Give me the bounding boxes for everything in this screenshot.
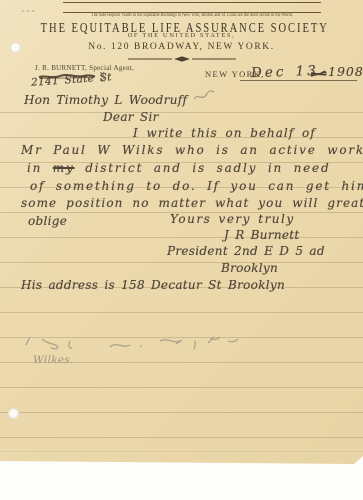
address-place: Brooklyn xyxy=(228,278,285,292)
address-note: His address is 158 Decatur St xyxy=(21,278,222,292)
decorative-flourish xyxy=(126,55,238,63)
signer-title: President 2nd E D 5 ad xyxy=(167,244,325,258)
recipient-line: Hon Timothy L Woodruff xyxy=(24,93,187,107)
body-line-4: of something to do. If you can get him xyxy=(30,179,363,193)
letterhead-subtitle: OF THE UNITED STATES, xyxy=(0,32,363,39)
body-line-5: some position no matter what you will gr… xyxy=(21,196,363,210)
punch-hole-bottom xyxy=(8,408,19,419)
body-line-1: I write this on behalf of xyxy=(133,126,316,140)
agent-name-line: J. R. BURNETT, Special Agent, xyxy=(35,64,134,72)
corner-print-mark: s. v. s. xyxy=(22,8,36,13)
pencil-note: Wilkes. xyxy=(33,354,74,366)
date-line xyxy=(240,69,357,81)
punch-hole-top xyxy=(10,42,21,53)
closing-line: Yours very truly xyxy=(170,212,295,226)
salutation: Dear Sir xyxy=(103,110,159,124)
pencil-squiggle-mark xyxy=(192,89,216,103)
letter-paper: The Safe Deposit Vaults in the Equitable… xyxy=(0,0,363,466)
body-oblige: oblige xyxy=(28,214,67,228)
top-banner: The Safe Deposit Vaults in the Equitable… xyxy=(63,2,321,13)
paper-crease xyxy=(0,451,363,453)
body-line-2: Mr Paul W Wilks who is an active worker xyxy=(21,143,363,157)
letterhead-address: No. 120 BROADWAY, NEW YORK. xyxy=(0,42,363,52)
body-line-3: in my district and is sadly in need xyxy=(27,161,330,175)
pencil-shorthand-marks xyxy=(22,331,240,355)
signer-place: Brooklyn xyxy=(221,261,278,275)
signature: J R Burnett xyxy=(224,228,300,242)
struck-word: my xyxy=(53,161,75,175)
